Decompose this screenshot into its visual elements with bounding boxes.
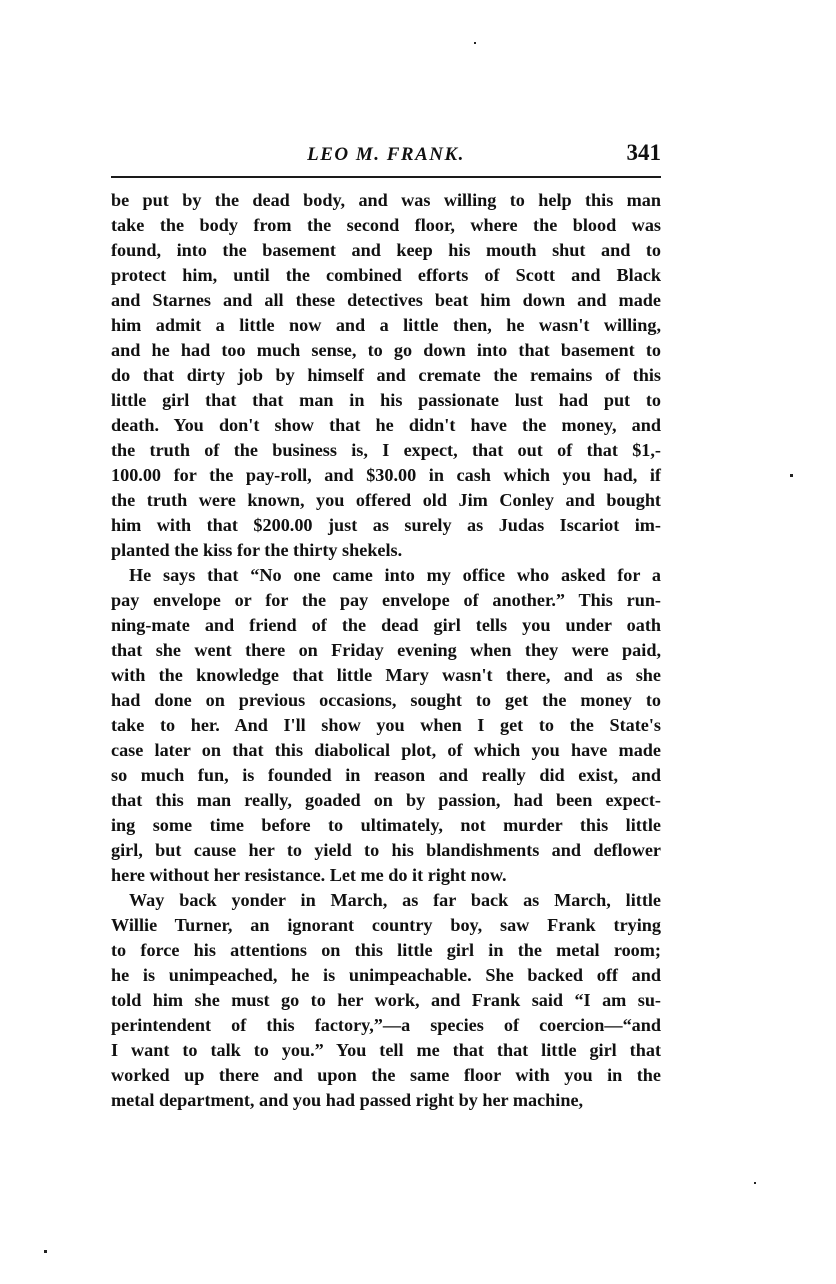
text-line: ning-mate and friend of the dead girl te… xyxy=(111,613,661,638)
book-page: LEO M. FRANK. 341 be put by the dead bod… xyxy=(0,0,836,1284)
header-rule xyxy=(111,176,661,178)
text-line: protect him, until the combined efforts … xyxy=(111,263,661,288)
text-line: death. You don't show that he didn't hav… xyxy=(111,413,661,438)
text-line: girl, but cause her to yield to his blan… xyxy=(111,838,661,863)
text-line: told him she must go to her work, and Fr… xyxy=(111,988,661,1013)
page-number: 341 xyxy=(627,140,662,166)
text-line: take to her. And I'll show you when I ge… xyxy=(111,713,661,738)
paragraph: He says that “No one came into my office… xyxy=(111,563,661,888)
scan-speck xyxy=(790,474,793,477)
text-line: found, into the basement and keep his mo… xyxy=(111,238,661,263)
text-line: the truth of the business is, I expect, … xyxy=(111,438,661,463)
text-line: take the body from the second floor, whe… xyxy=(111,213,661,238)
scan-speck xyxy=(474,42,476,44)
text-line: He says that “No one came into my office… xyxy=(111,563,661,588)
text-line: Willie Turner, an ignorant country boy, … xyxy=(111,913,661,938)
text-line: that this man really, goaded on by passi… xyxy=(111,788,661,813)
text-line: little girl that that man in his passion… xyxy=(111,388,661,413)
text-line: here without her resistance. Let me do i… xyxy=(111,863,661,888)
text-line: do that dirty job by himself and cremate… xyxy=(111,363,661,388)
text-line: that she went there on Friday evening wh… xyxy=(111,638,661,663)
paragraph: be put by the dead body, and was willing… xyxy=(111,188,661,563)
text-line: perintendent of this factory,”—a species… xyxy=(111,1013,661,1038)
text-line: worked up there and upon the same floor … xyxy=(111,1063,661,1088)
text-line: with the knowledge that little Mary wasn… xyxy=(111,663,661,688)
text-line: I want to talk to you.” You tell me that… xyxy=(111,1038,661,1063)
text-line: pay envelope or for the pay envelope of … xyxy=(111,588,661,613)
text-line: and he had too much sense, to go down in… xyxy=(111,338,661,363)
text-line: ing some time before to ultimately, not … xyxy=(111,813,661,838)
scan-speck xyxy=(754,1182,756,1184)
running-title: LEO M. FRANK. xyxy=(111,144,661,166)
running-head: LEO M. FRANK. 341 xyxy=(111,140,661,170)
text-line: 100.00 for the pay-roll, and $30.00 in c… xyxy=(111,463,661,488)
text-line: so much fun, is founded in reason and re… xyxy=(111,763,661,788)
text-line: had done on previous occasions, sought t… xyxy=(111,688,661,713)
paragraph: Way back yonder in March, as far back as… xyxy=(111,888,661,1113)
text-line: case later on that this diabolical plot,… xyxy=(111,738,661,763)
scan-speck xyxy=(44,1250,47,1253)
text-line: planted the kiss for the thirty shekels. xyxy=(111,538,661,563)
text-line: him with that $200.00 just as surely as … xyxy=(111,513,661,538)
text-line: be put by the dead body, and was willing… xyxy=(111,188,661,213)
body-text: be put by the dead body, and was willing… xyxy=(111,188,661,1113)
text-line: Way back yonder in March, as far back as… xyxy=(111,888,661,913)
text-line: and Starnes and all these detectives bea… xyxy=(111,288,661,313)
text-line: to force his attentions on this little g… xyxy=(111,938,661,963)
text-line: metal department, and you had passed rig… xyxy=(111,1088,661,1113)
text-line: he is unimpeached, he is unimpeachable. … xyxy=(111,963,661,988)
text-line: the truth were known, you offered old Ji… xyxy=(111,488,661,513)
text-line: him admit a little now and a little then… xyxy=(111,313,661,338)
